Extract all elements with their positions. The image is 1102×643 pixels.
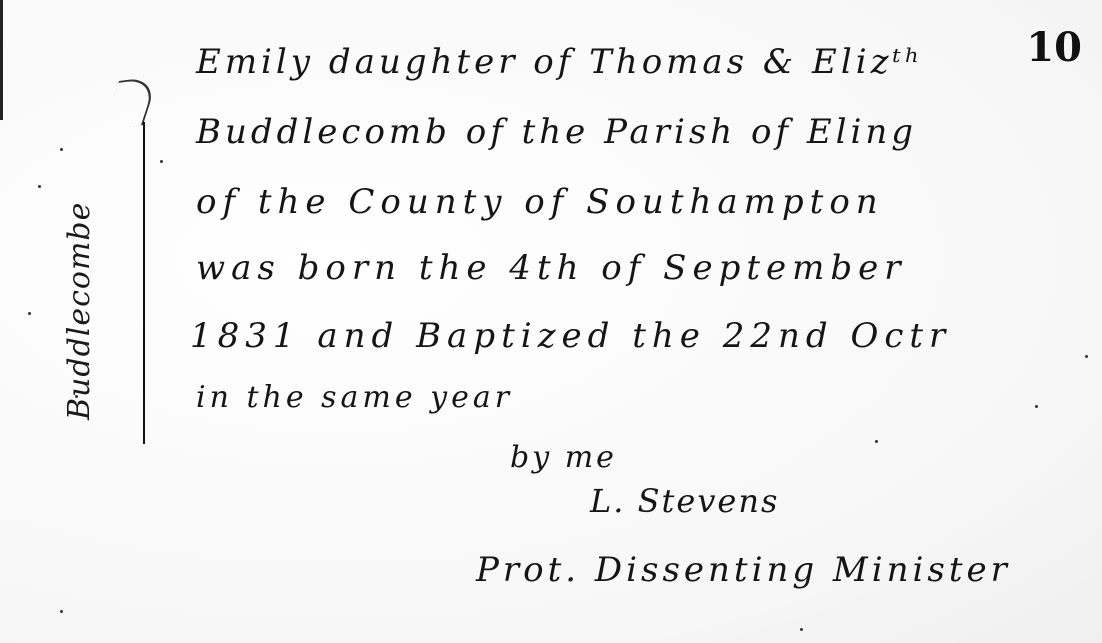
signature-title: Prot. Dissenting Minister [476, 550, 1011, 590]
page-number: 10 [1026, 24, 1082, 71]
signature-by-me: by me [510, 440, 617, 475]
scan-speck [160, 160, 163, 163]
margin-rule [143, 122, 145, 444]
entry-line-3: of the County of Southampton [196, 182, 884, 222]
scan-speck [60, 610, 63, 613]
entry-line-5: 1831 and Baptized the 22nd Octr [190, 316, 951, 356]
scan-speck [800, 628, 803, 631]
entry-line-6: in the same year [196, 380, 513, 415]
margin-flourish [103, 76, 159, 131]
scan-speck [875, 440, 878, 443]
scan-speck [38, 185, 41, 188]
signature-name: L. Stevens [590, 482, 779, 520]
entry-line-2: Buddlecomb of the Parish of Eling [196, 112, 917, 152]
document-page: Buddlecombe 10 Emily daughter of Thomas … [0, 0, 1102, 643]
entry-line-4: was born the 4th of September [196, 248, 907, 288]
page-edge-shadow [0, 0, 3, 120]
scan-speck [28, 312, 31, 315]
scan-speck [75, 395, 78, 398]
scan-speck [1085, 355, 1088, 358]
scan-speck [1035, 405, 1038, 408]
entry-line-1: Emily daughter of Thomas & Elizᵗʰ [196, 42, 924, 82]
scan-speck [60, 148, 63, 151]
margin-surname: Buddlecombe [62, 202, 97, 420]
